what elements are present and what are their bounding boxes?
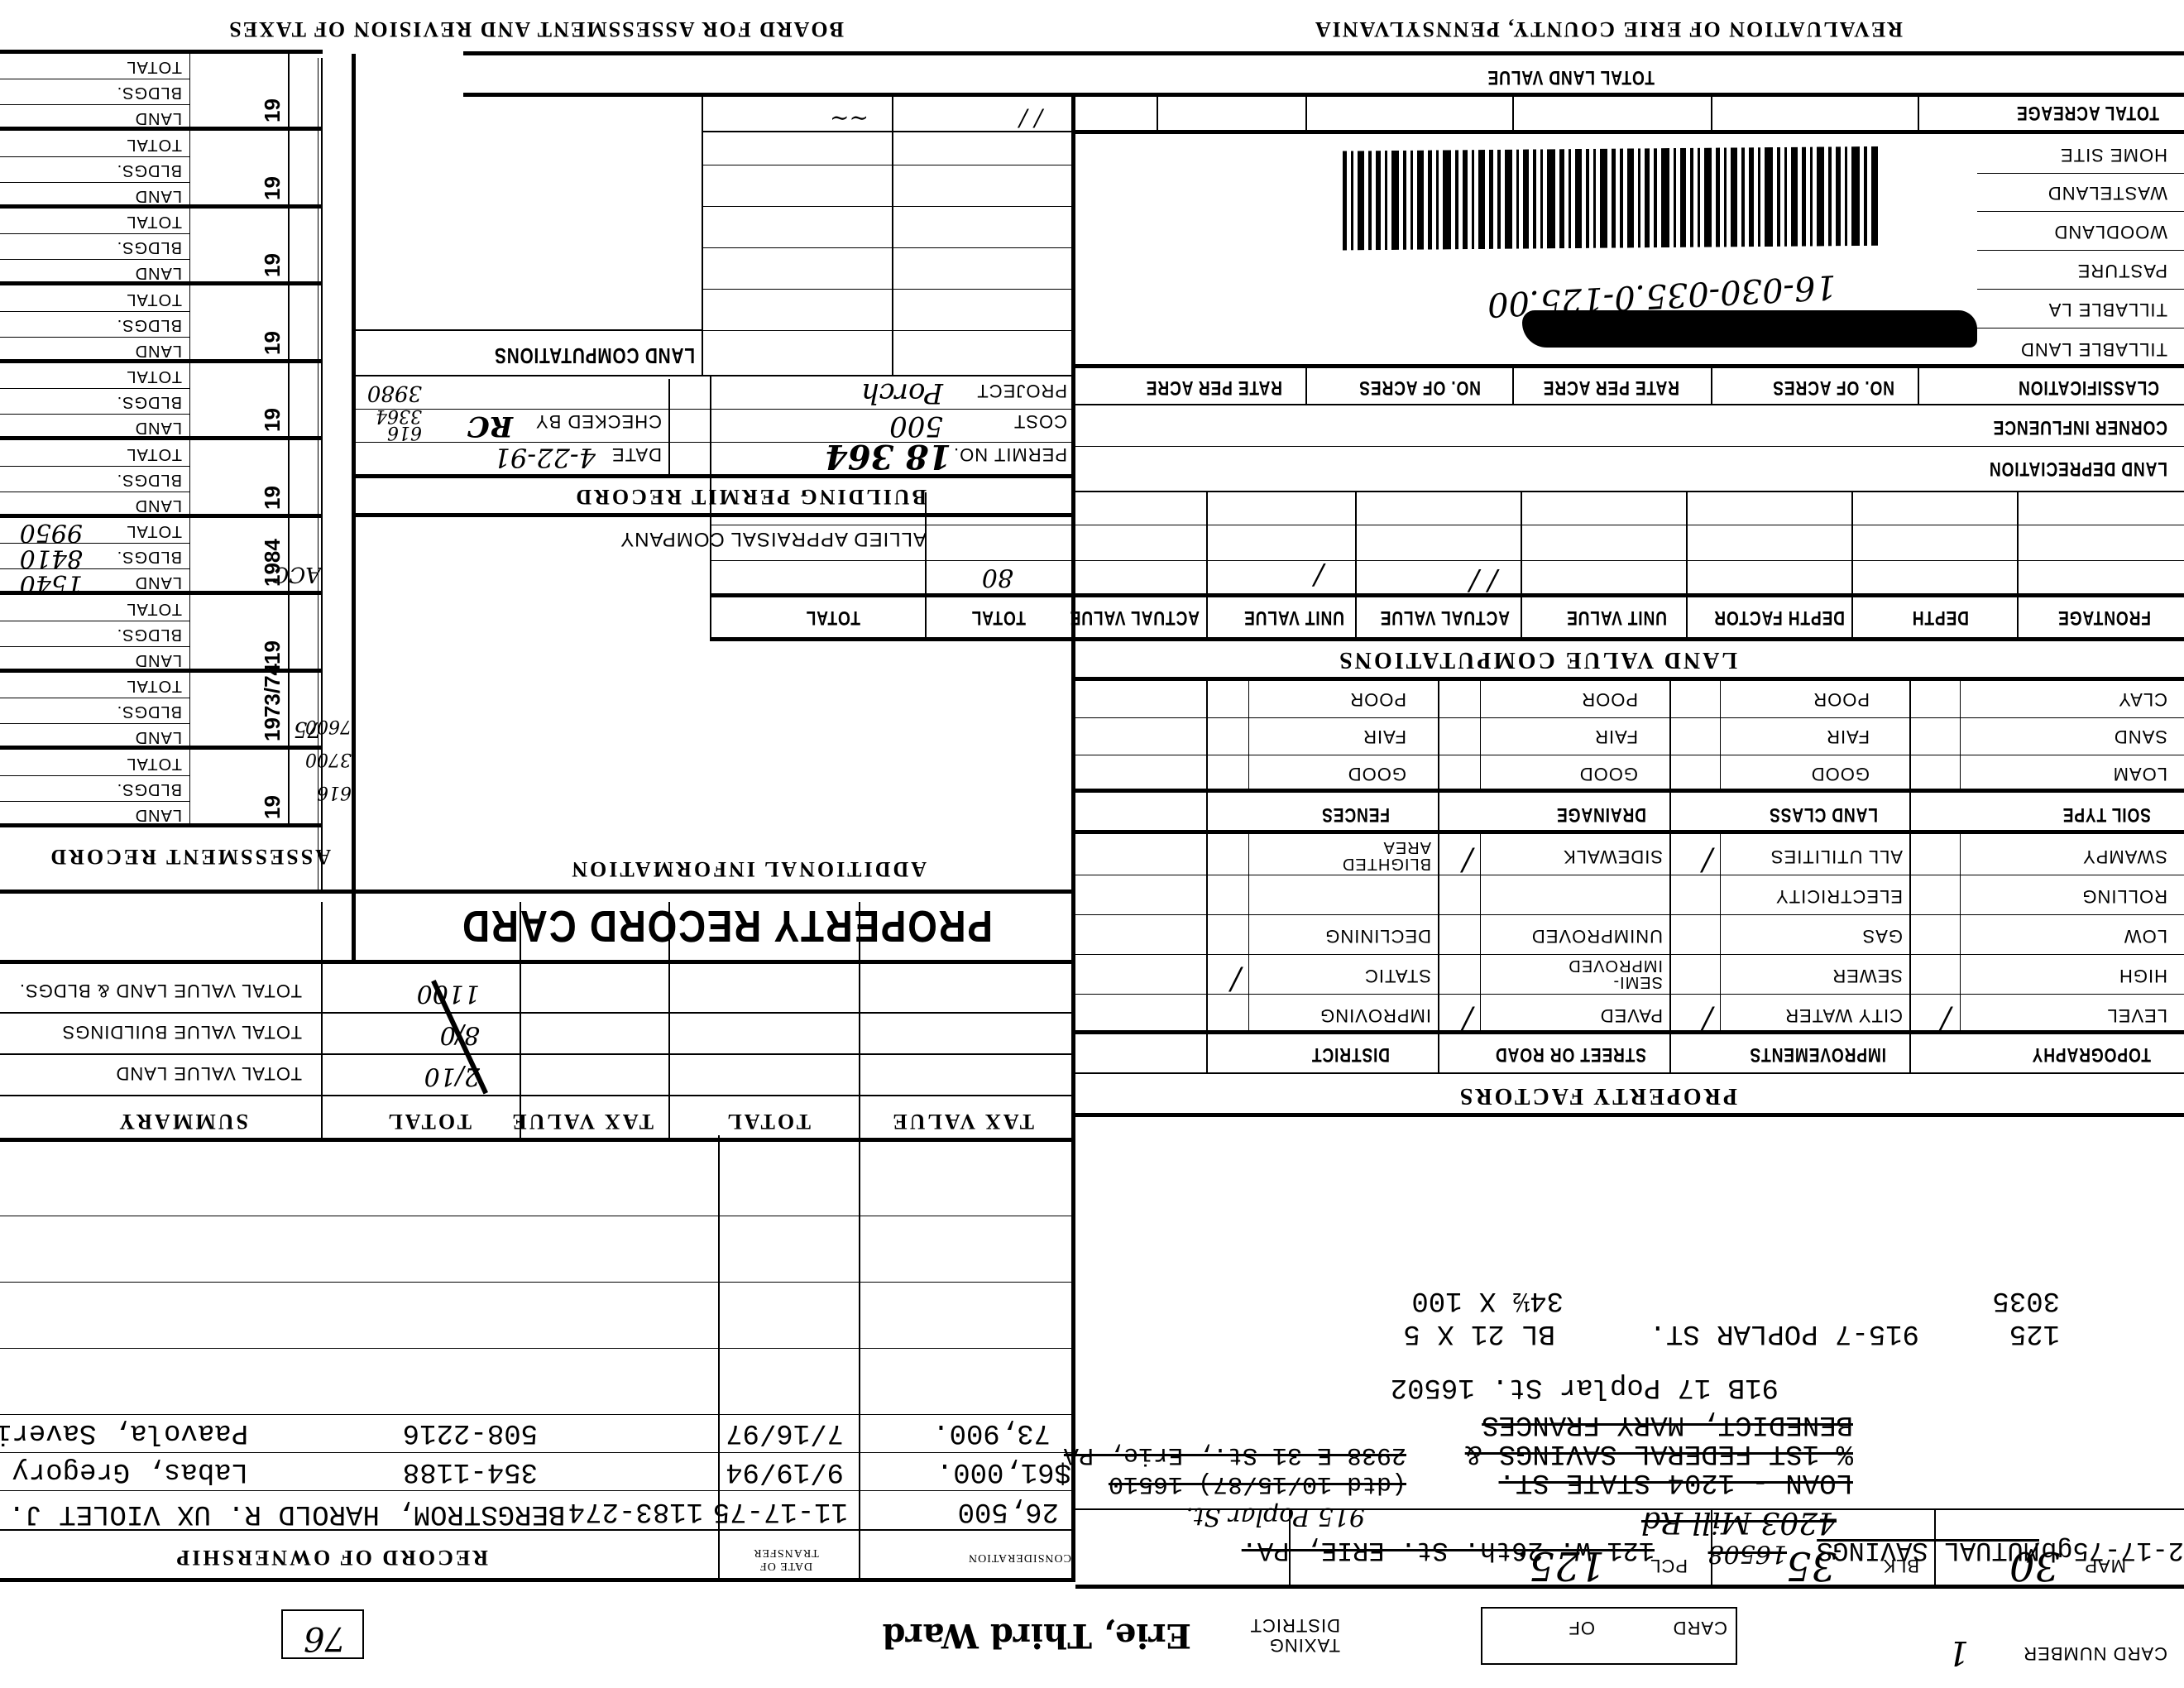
street-unimproved: UNIMPROVED bbox=[1531, 925, 1663, 947]
permit-cost-label: COST bbox=[1013, 410, 1067, 432]
property-factors-title: PROPERTY FACTORS bbox=[1458, 1082, 1737, 1109]
permit-side-note-3: 3980 bbox=[367, 381, 422, 405]
assessment-total-label: TOTAL bbox=[126, 754, 182, 773]
lv-header-depth: DEPTH bbox=[1912, 606, 1969, 629]
owner-2-name: Paavola, Saveria bbox=[0, 1417, 248, 1448]
pf-header-district: DISTRICT bbox=[1311, 1043, 1390, 1066]
topo-level: LEVEL bbox=[2107, 1005, 2168, 1026]
summary-row-total-value: 1100 bbox=[417, 979, 480, 1008]
class-header-acres-2: NO. OF ACRES bbox=[1358, 376, 1481, 399]
lv-header-frontage: FRONTAGE bbox=[2057, 606, 2151, 629]
assessment-group: LANDBLDGS.TOTAL19 bbox=[0, 441, 323, 519]
assessment-bldgs-label: BLDGS. bbox=[117, 470, 182, 489]
assessment-group: LANDBLDGS.TOTAL19 bbox=[0, 209, 323, 286]
assessment-land-label: LAND bbox=[135, 419, 182, 438]
assessment-total-label: TOTAL bbox=[126, 57, 182, 76]
summary-title: SUMMARY bbox=[117, 1109, 248, 1134]
additional-info-title: ADDITIONAL INFORMATION bbox=[569, 856, 927, 881]
assess-margin-note-1: 616 bbox=[317, 782, 352, 803]
assessment-group: LANDBLDGS.TOTAL19 bbox=[0, 750, 323, 828]
assessment-total-label: TOTAL bbox=[126, 521, 182, 540]
permit-checked-label: CHECKED BY bbox=[535, 410, 662, 432]
assessment-bldgs-label: BLDGS. bbox=[117, 237, 182, 257]
class-woodland: WOODLAND bbox=[2053, 221, 2167, 242]
land-value-title: LAND VALUE COMPUTATIONS bbox=[1337, 646, 1737, 673]
summary-col-total: TOTAL bbox=[386, 1109, 472, 1134]
soil-clay: CLAY bbox=[2118, 688, 2167, 710]
assessment-land-label: LAND bbox=[135, 341, 182, 360]
lv-hand-mark-1: / / bbox=[1469, 564, 1497, 597]
assessment-land-label: LAND bbox=[135, 573, 182, 592]
permit-date-value: 4-22-91 bbox=[494, 442, 596, 473]
assessment-year: 19 bbox=[260, 640, 285, 664]
street-sidewalk: SIDEWALK bbox=[1563, 846, 1663, 867]
lv-hand-total: 80 bbox=[982, 563, 1013, 592]
top-hand-mark-2: ~~ bbox=[830, 105, 869, 132]
check-static: / bbox=[1231, 962, 1241, 996]
assessment-total-label: TOTAL bbox=[126, 212, 182, 231]
drainage-fair: FAIR bbox=[1594, 726, 1638, 747]
summary-col-tax-value2: TAX VALUE bbox=[890, 1109, 1034, 1134]
class-header-rate-2: RATE PER ACRE bbox=[1146, 376, 1282, 399]
assessment-total-label: TOTAL bbox=[126, 135, 182, 154]
board-title: BOARD FOR ASSESSMENT AND REVISION OF TAX… bbox=[227, 17, 844, 41]
card-number-label: CARD NUMBER bbox=[2023, 1643, 2167, 1663]
district-static: STATIC bbox=[1364, 965, 1431, 986]
pf-header-street: STREET OR ROAD bbox=[1495, 1043, 1646, 1066]
ownership-col-consideration: CONSIDERATION bbox=[968, 1551, 1071, 1564]
assessment-note: ACC bbox=[272, 563, 321, 587]
pf-header-drainage: DRAINAGE bbox=[1556, 803, 1646, 826]
topo-low: LOW bbox=[2124, 925, 2167, 947]
landclass-fair: FAIR bbox=[1826, 726, 1870, 747]
owner-line2-c: BL 21 X 5 bbox=[1403, 1317, 1555, 1349]
mortgage-line-d: 121 W. 26th. St. ERIE, PA. bbox=[1242, 1535, 1655, 1566]
landclass-poor: POOR bbox=[1813, 688, 1870, 710]
land-depreciation-label: LAND DEPRECIATION bbox=[1989, 457, 2167, 480]
assessment-land-label: LAND bbox=[135, 109, 182, 128]
class-tillable-land: TILLABLE LAND bbox=[2020, 338, 2167, 360]
total-land-value-label: TOTAL LAND VALUE bbox=[1487, 65, 1655, 89]
assessment-group: LAND1540BLDGS.8410TOTAL99501984ACC bbox=[0, 518, 323, 596]
drainage-good: GOOD bbox=[1579, 763, 1638, 784]
summary-row-land: TOTAL VALUE LAND bbox=[116, 1062, 302, 1084]
assessment-group: LANDBLDGS.TOTAL19 bbox=[0, 286, 323, 364]
owner-hand-note-2: 4203 Mill Rd bbox=[1641, 1505, 1837, 1539]
lv-header-total-1: TOTAL bbox=[971, 606, 1026, 629]
class-header-classification: CLASSIFICATION bbox=[2018, 376, 2159, 399]
soil-sand: SAND bbox=[2114, 726, 2167, 747]
pf-header-topography: TOPOGRAPHY bbox=[2032, 1043, 2151, 1066]
impr-sewer: SEWER bbox=[1832, 965, 1903, 986]
check-sidewalk: / bbox=[1463, 843, 1473, 877]
lv-hand-mark-2: / bbox=[1315, 559, 1324, 592]
topo-rolling: ROLLING bbox=[2081, 885, 2167, 907]
owner-struck-right-1: 2938 E 31 St., Erie, PA bbox=[1064, 1441, 1406, 1469]
card-of-box: CARD OF bbox=[1481, 1607, 1737, 1665]
corner-influence-label: CORNER INFLUENCE bbox=[1993, 415, 2167, 439]
pf-header-soil: SOIL TYPE bbox=[2062, 803, 2151, 826]
assessment-total-label: TOTAL bbox=[126, 599, 182, 618]
class-header-acres-1: NO. OF ACRES bbox=[1772, 376, 1894, 399]
class-tillable-la: TILLABLE LA bbox=[2048, 299, 2167, 320]
permit-no-value: 18 364 bbox=[825, 437, 951, 476]
total-acreage-label: TOTAL ACREAGE bbox=[2016, 101, 2159, 124]
summary-row-total: TOTAL VALUE LAND & BLDGS. bbox=[19, 980, 302, 1001]
county-title: REVALUATION OF ERIE COUNTY, PENNSYLVANIA bbox=[1314, 17, 1903, 41]
owner-struck-1: BENEDICT, MARY FRANCES bbox=[1482, 1408, 1853, 1440]
class-wasteland: WASTELAND bbox=[2047, 182, 2167, 204]
owner-line2-a: 125 bbox=[2009, 1317, 2060, 1349]
pcl-label: PCL bbox=[1650, 1555, 1688, 1576]
assessment-bldgs-label: BLDGS. bbox=[117, 392, 182, 411]
assessment-bldgs-label: BLDGS. bbox=[117, 702, 182, 721]
assessment-land-label: LAND bbox=[135, 186, 182, 205]
mortgage-line-c: 16508 bbox=[1708, 1539, 1787, 1568]
owner-line1-left: 3035 bbox=[1992, 1284, 2060, 1316]
owner-0-consideration: 26,500 bbox=[958, 1495, 1059, 1527]
owner-line2-b: 915-7 POPLAR ST. bbox=[1650, 1317, 1919, 1349]
topo-swampy: SWAMPY bbox=[2082, 846, 2167, 867]
class-home-site: HOME SITE bbox=[2060, 144, 2167, 165]
property-record-card: CARD NUMBER 1 CARD OF TAXING DISTRICT Er… bbox=[0, 0, 2184, 1688]
street-paved: PAVED bbox=[1600, 1005, 1663, 1026]
assessment-year: 1973/74 bbox=[260, 664, 285, 742]
card-number-value: 1 bbox=[1948, 1633, 1969, 1671]
assessment-title: ASSESSMENT RECORD bbox=[48, 844, 331, 869]
allied-appraisal-company: ALLIED APPRAISAL COMPANY bbox=[620, 527, 927, 550]
owner-1-name: Labas, Gregory P. bbox=[0, 1455, 248, 1487]
owner-1-date: 9/19/94 bbox=[726, 1455, 844, 1487]
fences-good: GOOD bbox=[1348, 763, 1406, 784]
assessment-land-label: LAND bbox=[135, 805, 182, 824]
owner-2-consideration: 73,900. bbox=[932, 1417, 1051, 1448]
assessment-land-label: LAND bbox=[135, 650, 182, 669]
lv-header-actual-value-2: ACTUAL VALUE bbox=[1070, 606, 1200, 629]
box-number: 76 bbox=[281, 1609, 364, 1659]
owner-name: BERGSTROM, HAROLD R. UX VIOLET J. bbox=[8, 1498, 565, 1529]
barcode-icon bbox=[1282, 146, 1878, 251]
fences-fair: FAIR bbox=[1363, 726, 1406, 747]
impr-city-water: CITY WATER bbox=[1784, 1005, 1903, 1026]
card-title: PROPERTY RECORD CARD bbox=[461, 900, 993, 952]
assessment-year: 19 bbox=[260, 409, 285, 433]
class-pasture: PASTURE bbox=[2077, 260, 2167, 281]
impr-all-utilities: ALL UTILITIES bbox=[1770, 846, 1903, 867]
owner-line3: 91B 17 Poplar St. 16502 bbox=[1391, 1371, 1779, 1403]
lv-header-unit-value-2: UNIT VALUE bbox=[1243, 606, 1344, 629]
district-declining: DECLINING bbox=[1324, 925, 1431, 947]
soil-loam: LOAM bbox=[2113, 763, 2167, 784]
owner-2-date: 7/16/97 bbox=[726, 1417, 844, 1448]
owner-0-deed: 1183-274 bbox=[568, 1495, 703, 1527]
ownership-col-date: DATE OF TRANSFER bbox=[736, 1546, 836, 1572]
assessment-bldgs-label: BLDGS. bbox=[117, 779, 182, 798]
top-hand-mark-1: / / bbox=[1019, 105, 1042, 132]
summary-row-buildings: TOTAL VALUE BUILDINGS bbox=[62, 1021, 302, 1043]
lv-header-actual-value-1: ACTUAL VALUE bbox=[1380, 606, 1510, 629]
assessment-year: 19 bbox=[260, 486, 285, 510]
assessment-bldgs-label: BLDGS. bbox=[117, 161, 182, 180]
assessment-bldgs-value: 8410 bbox=[20, 544, 83, 573]
assessment-year: 19 bbox=[260, 795, 285, 819]
street-semi-improved: SEMI-IMPROVED bbox=[1564, 957, 1663, 990]
taxing-district-label: TAXING DISTRICT bbox=[1249, 1615, 1340, 1655]
owner-struck-2: % 1ST FEDERAL SAVINGS & bbox=[1465, 1437, 1853, 1469]
landclass-good: GOOD bbox=[1811, 763, 1870, 784]
assessment-group: LANDBLDGS.TOTAL19 bbox=[0, 363, 323, 441]
summary-col-total2: TOTAL bbox=[725, 1109, 811, 1134]
owner-1-deed: 354-1188 bbox=[403, 1455, 538, 1487]
check-all-utilities: / bbox=[1703, 843, 1712, 877]
owner-0-date: 11-17-75 bbox=[713, 1495, 848, 1527]
land-computations-label: LAND COMPUTATIONS bbox=[494, 343, 695, 368]
topo-high: HIGH bbox=[2119, 965, 2167, 986]
owner-hand-note-1: 915 Poplar St. bbox=[1185, 1502, 1365, 1531]
owner-2-deed: 508-2216 bbox=[403, 1417, 538, 1448]
redaction-bar bbox=[1522, 310, 1977, 348]
permit-checked-value: RC bbox=[467, 410, 513, 443]
assessment-total-label: TOTAL bbox=[126, 444, 182, 463]
assessment-group: LANDBLDGS.TOTAL19 bbox=[0, 132, 323, 209]
ownership-title: RECORD OF OWNERSHIP bbox=[174, 1545, 488, 1570]
fences-poor: POOR bbox=[1349, 688, 1406, 710]
assessment-total-label: TOTAL bbox=[126, 367, 182, 386]
permit-side-note-2: 3364 bbox=[376, 405, 422, 426]
assessment-bldgs-label: BLDGS. bbox=[117, 547, 182, 566]
permit-date-label: DATE bbox=[611, 444, 662, 465]
mortgage-line-a: 2-17-75gb/ bbox=[2025, 1535, 2184, 1566]
card-of-label-of: OF bbox=[1568, 1617, 1595, 1638]
assessment-year: 19 bbox=[260, 254, 285, 278]
assess-margin-note-3: 7600 bbox=[305, 716, 352, 736]
lv-header-depth-factor: DEPTH FACTOR bbox=[1713, 606, 1845, 629]
assessment-group: LANDBLDGS.TOTAL19 bbox=[0, 54, 323, 132]
card-of-label-card: CARD bbox=[1673, 1617, 1727, 1638]
pf-header-fences: FENCES bbox=[1321, 803, 1390, 826]
impr-gas: GAS bbox=[1862, 925, 1903, 947]
assessment-land-label: LAND bbox=[135, 264, 182, 283]
assessment-bldgs-label: BLDGS. bbox=[117, 83, 182, 102]
class-header-rate-1: RATE PER ACRE bbox=[1543, 376, 1679, 399]
district-improving: IMPROVING bbox=[1319, 1005, 1431, 1026]
owner-1-consideration: $61,000. bbox=[936, 1455, 1071, 1487]
owner-struck-right-2: (dtd 10/15/87) 16510 bbox=[1109, 1470, 1406, 1498]
assessment-total-label: TOTAL bbox=[126, 290, 182, 309]
mortgage-line-b: MUTUAL SAVINGS bbox=[1817, 1535, 2039, 1566]
permit-cost-value: 500 bbox=[889, 410, 943, 443]
assessment-group: LANDBLDGS.TOTAL19 bbox=[0, 596, 323, 674]
check-paved: / bbox=[1463, 1002, 1473, 1036]
owner-line1-right: 34½ X 100 bbox=[1411, 1284, 1564, 1316]
assessment-bldgs-label: BLDGS. bbox=[117, 625, 182, 644]
box-number-value: 76 bbox=[304, 1619, 346, 1657]
drainage-poor: POOR bbox=[1581, 688, 1638, 710]
assessment-land-value: 1540 bbox=[20, 570, 83, 599]
assessment-year: 19 bbox=[260, 176, 285, 200]
summary-col-tax-value: TAX VALUE bbox=[510, 1109, 654, 1134]
check-level: / bbox=[1941, 1002, 1951, 1036]
assessment-year: 19 bbox=[260, 99, 285, 123]
assessment-bldgs-label: BLDGS. bbox=[117, 315, 182, 334]
district-blighted-area: BLIGHTED AREA bbox=[1324, 839, 1431, 872]
owner-struck-3: LOAN - 1204 STATE ST. bbox=[1499, 1466, 1853, 1498]
assessment-total-value: 9950 bbox=[20, 518, 83, 547]
lv-header-unit-value-1: UNIT VALUE bbox=[1566, 606, 1667, 629]
assessment-land-label: LAND bbox=[135, 496, 182, 515]
assessment-group: LANDBLDGS.TOTAL1973/7475 bbox=[0, 673, 323, 750]
impr-electricity: ELECTRICITY bbox=[1775, 885, 1903, 907]
permit-no-label: PERMIT NO. bbox=[953, 444, 1067, 465]
assess-margin-note-2: 3700 bbox=[305, 749, 352, 770]
table-row: BERGSTROM, HAROLD R. UX VIOLET J. bbox=[0, 1494, 1075, 1531]
taxing-district-value: Erie, Third Ward bbox=[883, 1616, 1191, 1655]
pf-header-improvements: IMPROVEMENTS bbox=[1750, 1043, 1886, 1066]
assessment-year: 19 bbox=[260, 331, 285, 355]
lv-header-total-2: TOTAL bbox=[806, 606, 860, 629]
building-permit-title: BUILDING PERMIT RECORD bbox=[573, 484, 927, 509]
permit-project-label: PROJECT bbox=[976, 380, 1067, 401]
permit-project-value: Porch bbox=[861, 376, 943, 410]
check-city-water: / bbox=[1703, 1002, 1712, 1036]
assessment-total-label: TOTAL bbox=[126, 676, 182, 695]
assessment-land-label: LAND bbox=[135, 728, 182, 747]
pf-header-land-class: LAND CLASS bbox=[1769, 803, 1878, 826]
